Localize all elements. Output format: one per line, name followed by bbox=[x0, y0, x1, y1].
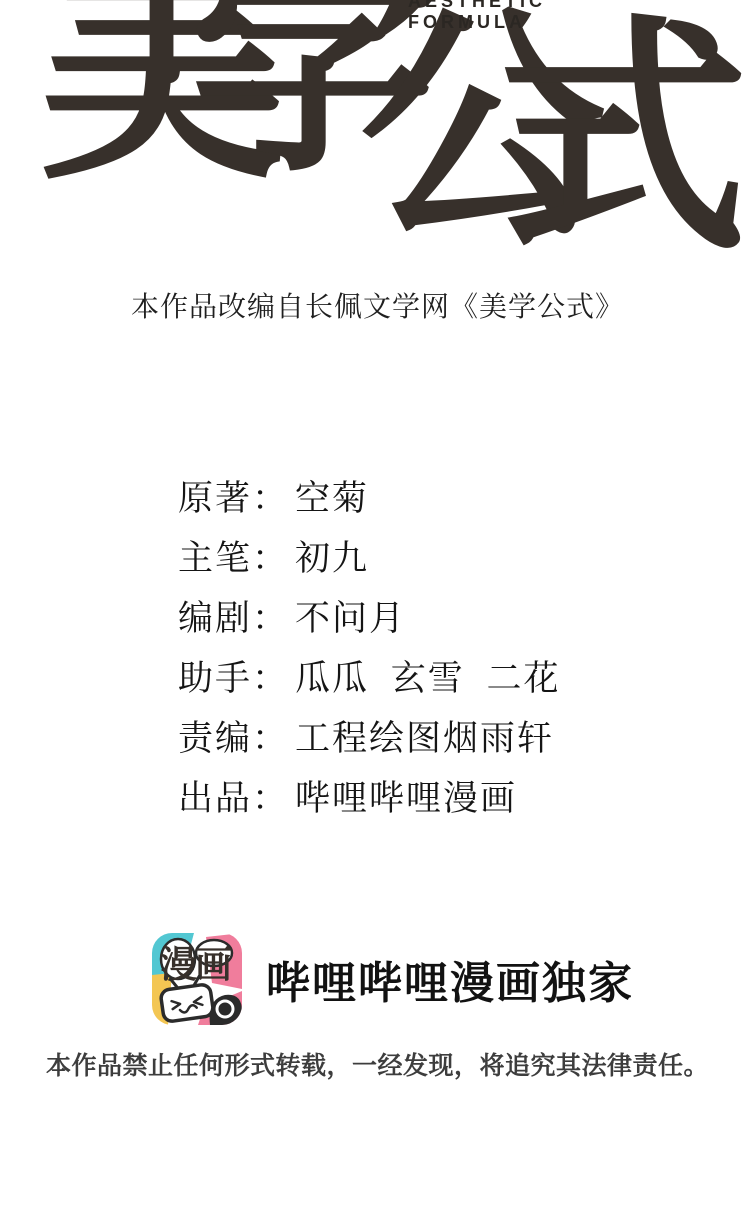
credit-value: 空菊 bbox=[295, 479, 369, 518]
exclusive-mark: 哔哩哔哩漫画独家 bbox=[266, 947, 634, 1011]
credit-label: 助手： bbox=[178, 659, 289, 698]
credit-label: 出品： bbox=[178, 779, 289, 818]
title-english-line1: AESTHETIC bbox=[408, 0, 546, 12]
credit-row-editor: 责编：工程绘图烟雨轩 bbox=[178, 709, 560, 769]
credit-label: 责编： bbox=[178, 719, 289, 758]
credit-value: 瓜瓜 玄雪 二花 bbox=[295, 659, 560, 698]
title-english-line2: FORMULA bbox=[408, 12, 546, 33]
credits-page: 美 学 公 式 AESTHETIC FORMULA 本作品改编自长佩文学网《美学… bbox=[0, 0, 755, 1213]
credits-list: 原著：空菊 主笔：初九 编剧：不问月 助手：瓜瓜 玄雪 二花 责编：工程绘图烟雨… bbox=[178, 469, 560, 829]
title-english: AESTHETIC FORMULA bbox=[408, 0, 546, 33]
credit-row-assistants: 助手：瓜瓜 玄雪 二花 bbox=[178, 649, 560, 709]
credit-row-producer: 出品：哔哩哔哩漫画 bbox=[178, 769, 560, 829]
credit-row-original-author: 原著：空菊 bbox=[178, 469, 560, 529]
credit-label: 原著： bbox=[178, 479, 289, 518]
credit-row-lead-artist: 主笔：初九 bbox=[178, 529, 560, 589]
bilibili-manga-logo-icon: 漫画 bbox=[152, 933, 242, 1025]
title-char-4: 式 bbox=[498, 18, 748, 262]
credit-value: 初九 bbox=[295, 539, 369, 578]
legal-disclaimer: 本作品禁止任何形式转载，一经发现，将追究其法律责任。 bbox=[0, 1050, 755, 1082]
credit-value: 哔哩哔哩漫画 bbox=[295, 779, 517, 818]
credit-label: 编剧： bbox=[178, 599, 289, 638]
credit-label: 主笔： bbox=[178, 539, 289, 578]
credit-value: 工程绘图烟雨轩 bbox=[295, 719, 554, 758]
publisher-strip: 漫画 哔哩哔哩漫画独家 bbox=[152, 933, 634, 1025]
credit-row-screenwriter: 编剧：不问月 bbox=[178, 589, 560, 649]
title-block: 美 学 公 式 AESTHETIC FORMULA bbox=[0, 0, 755, 262]
adaptation-attribution: 本作品改编自长佩文学网《美学公式》 bbox=[0, 290, 755, 324]
credit-value: 不问月 bbox=[295, 599, 406, 638]
